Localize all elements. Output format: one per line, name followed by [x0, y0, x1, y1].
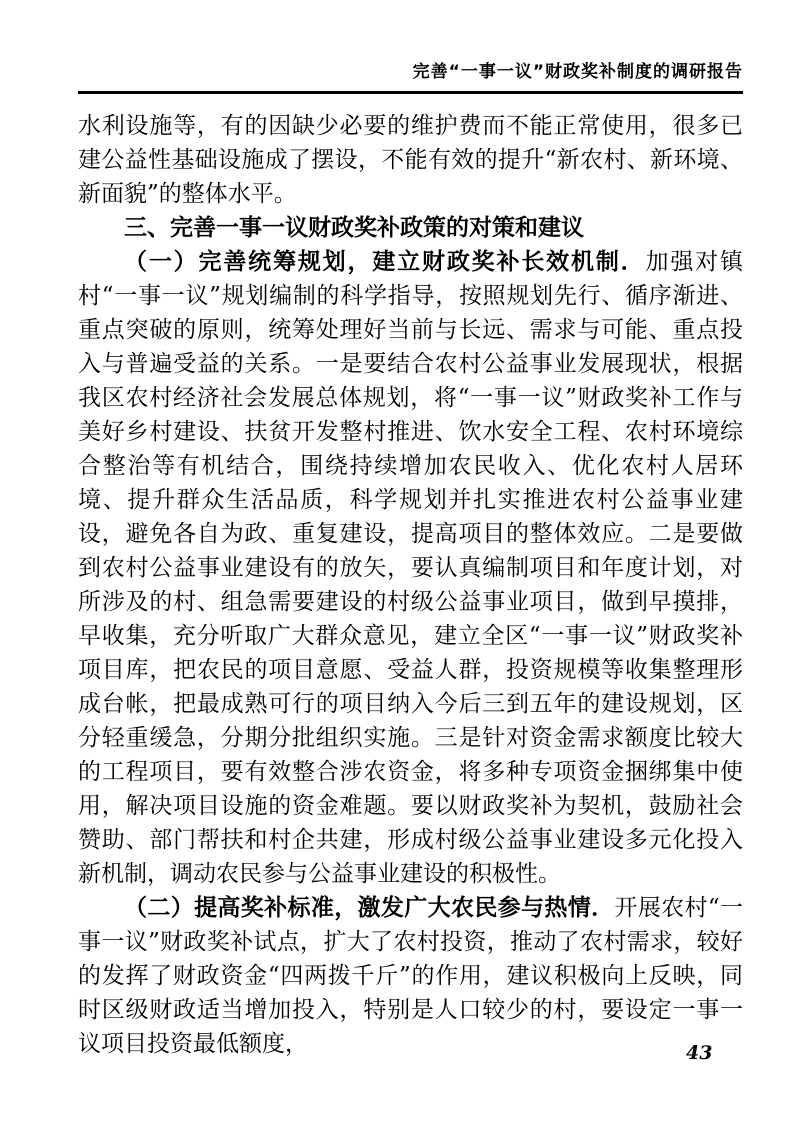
page-header: 完善“一事一议”财政奖补制度的调研报告 [78, 60, 743, 94]
header-rule [78, 91, 743, 94]
document-body: 水利设施等，有的因缺少必要的维护费而不能正常使用，很多已建公益性基础设施成了摆设… [78, 109, 743, 1061]
page-number: 43 [686, 1042, 712, 1064]
paragraph-2-lead: （二）提高奖补标准，激发广大农民参与热情． [124, 895, 614, 921]
paragraph-1-text: 加强对镇村“一事一议”规划编制的科学指导，按照规划先行、循序渐进、重点突破的原则… [78, 249, 743, 887]
section-heading: 三、完善一事一议财政奖补政策的对策和建议 [78, 211, 743, 245]
paragraph-1-lead: （一）完善统筹规划，建立财政奖补长效机制． [124, 249, 646, 275]
document-page: 完善“一事一议”财政奖补制度的调研报告 水利设施等，有的因缺少必要的维护费而不能… [0, 0, 803, 1133]
paragraph-2: （二）提高奖补标准，激发广大农民参与热情．开展农村“一事一议”财政奖补试点，扩大… [78, 891, 743, 1061]
header-title: 完善“一事一议”财政奖补制度的调研报告 [78, 60, 743, 84]
paragraph-1: （一）完善统筹规划，建立财政奖补长效机制．加强对镇村“一事一议”规划编制的科学指… [78, 245, 743, 891]
continuation-paragraph: 水利设施等，有的因缺少必要的维护费而不能正常使用，很多已建公益性基础设施成了摆设… [78, 109, 743, 211]
